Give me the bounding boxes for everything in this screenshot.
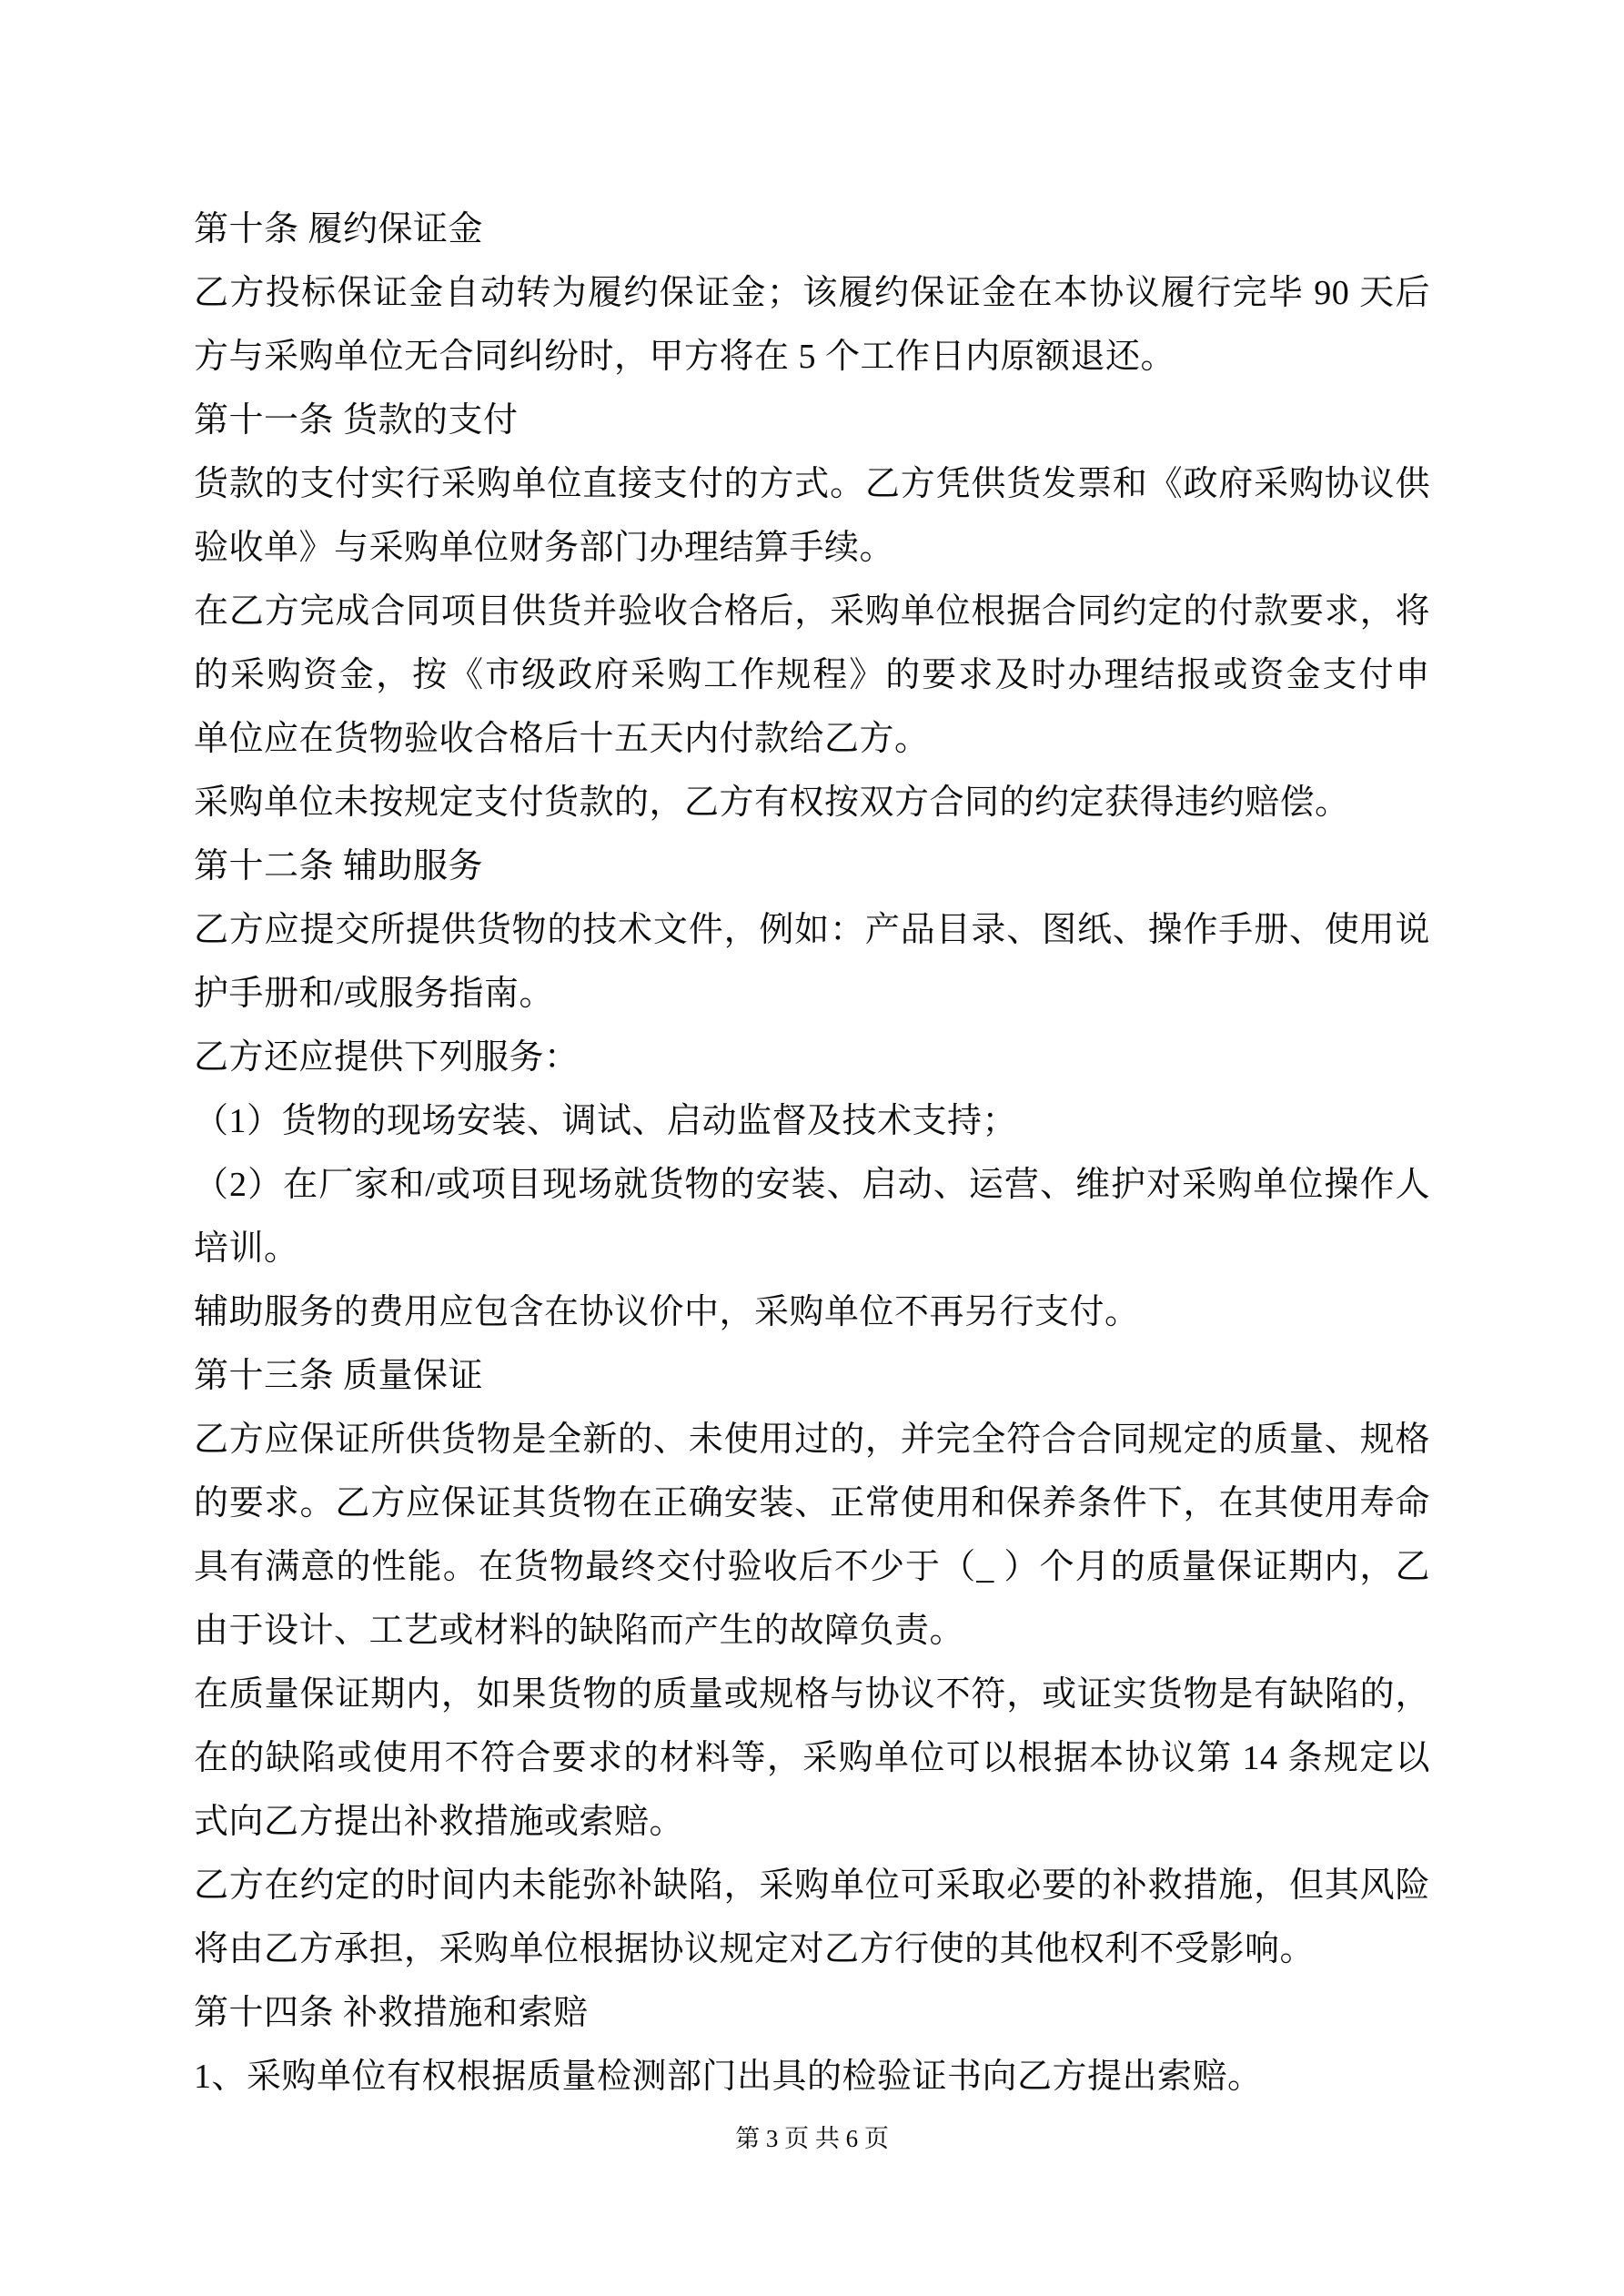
text-line: 培训。: [194, 1217, 1430, 1280]
text-line: 式向乙方提出补救措施或索赔。: [194, 1790, 1430, 1854]
text-line: 的采购资金，按《市级政府采购工作规程》的要求及时办理结报或资金支付申请，采购: [194, 643, 1430, 707]
text-line: 采购单位未按规定支付货款的，乙方有权按双方合同的约定获得违约赔偿。: [194, 771, 1430, 834]
text-line: 辅助服务的费用应包含在协议价中，采购单位不再另行支付。: [194, 1280, 1430, 1344]
article-14-heading: 第十四条 补救措施和索赔: [194, 1981, 1430, 2045]
text-line: 1、采购单位有权根据质量检测部门出具的检验证书向乙方提出索赔。: [194, 2045, 1430, 2109]
text-line: 乙方投标保证金自动转为履约保证金；该履约保证金在本协议履行完毕 90 天后且无乙: [194, 261, 1430, 325]
article-10-heading: 第十条 履约保证金: [194, 197, 1430, 261]
article-12-heading: 第十二条 辅助服务: [194, 834, 1430, 898]
text-line: 方与采购单位无合同纠纷时，甲方将在 5 个工作日内原额退还。: [194, 325, 1430, 389]
text-line: 乙方还应提供下列服务：: [194, 1026, 1430, 1089]
text-line: 将由乙方承担，采购单位根据协议规定对乙方行使的其他权利不受影响。: [194, 1917, 1430, 1981]
list-item-line: （2）在厂家和/或项目现场就货物的安装、启动、运营、维护对采购单位操作人员进行: [194, 1153, 1430, 1217]
text-line: 货款的支付实行采购单位直接支付的方式。乙方凭供货发票和《政府采购协议供货货物: [194, 452, 1430, 516]
article-11-heading: 第十一条 货款的支付: [194, 389, 1430, 452]
text-line: 在乙方完成合同项目供货并验收合格后，采购单位根据合同约定的付款要求，将已落实: [194, 580, 1430, 643]
text-line: 乙方在约定的时间内未能弥补缺陷，采购单位可采取必要的补救措施，但其风险和费用: [194, 1854, 1430, 1917]
text-line: 具有满意的性能。在货物最终交付验收后不少于（_ ）个月的质量保证期内，乙方应对: [194, 1535, 1430, 1599]
text-line: 乙方应保证所供货物是全新的、未使用过的，并完全符合合同规定的质量、规格和性能: [194, 1408, 1430, 1472]
text-line: 由于设计、工艺或材料的缺陷而产生的故障负责。: [194, 1599, 1430, 1663]
page-number-footer: 第 3 页 共 6 页: [0, 2120, 1624, 2157]
document-body: 第十条 履约保证金 乙方投标保证金自动转为履约保证金；该履约保证金在本协议履行完…: [194, 197, 1430, 2109]
article-13-heading: 第十三条 质量保证: [194, 1344, 1430, 1408]
text-line: 护手册和/或服务指南。: [194, 962, 1430, 1026]
text-line: 的要求。乙方应保证其货物在正确安装、正常使用和保养条件下，在其使用寿命期内应: [194, 1472, 1430, 1535]
text-line: 单位应在货物验收合格后十五天内付款给乙方。: [194, 707, 1430, 771]
text-line: 在质量保证期内，如果货物的质量或规格与协议不符，或证实货物是有缺陷的，包括潜: [194, 1663, 1430, 1726]
document-page: 第十条 履约保证金 乙方投标保证金自动转为履约保证金；该履约保证金在本协议履行完…: [0, 0, 1624, 2296]
text-line: 验收单》与采购单位财务部门办理结算手续。: [194, 516, 1430, 580]
text-line: 乙方应提交所提供货物的技术文件，例如：产品目录、图纸、操作手册、使用说明、维: [194, 898, 1430, 962]
list-item-line: （1）货物的现场安装、调试、启动监督及技术支持；: [194, 1089, 1430, 1153]
text-line: 在的缺陷或使用不符合要求的材料等，采购单位可以根据本协议第 14 条规定以书面形: [194, 1726, 1430, 1790]
